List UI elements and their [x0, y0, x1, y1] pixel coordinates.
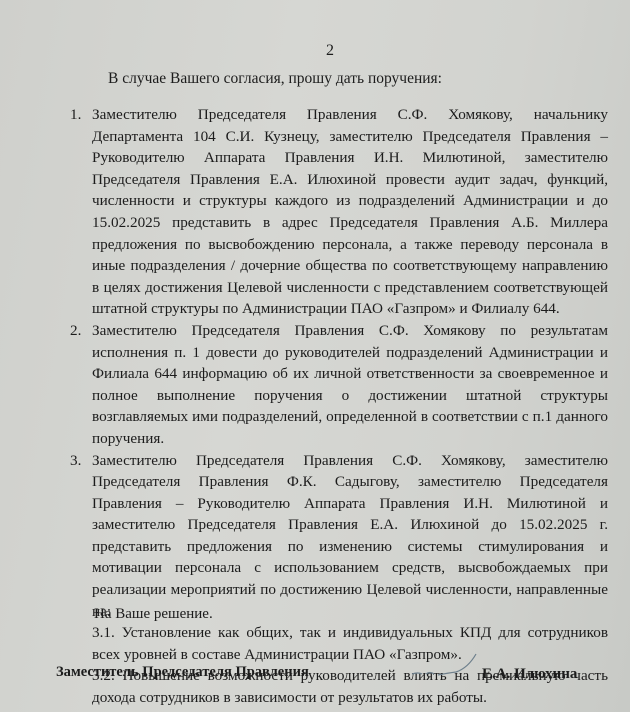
- signatory-name: Е.А. Илюхина: [482, 666, 577, 683]
- item-number: 1.: [70, 104, 92, 320]
- item-number: 2.: [70, 320, 92, 450]
- subitem: 3.1. Установление как общих, так и индив…: [92, 622, 608, 665]
- list-item: 2. Заместителю Председателя Правления С.…: [70, 320, 608, 450]
- signatory-title: Заместитель Председателя Правления: [56, 664, 309, 681]
- intro-text: В случае Вашего согласия, прошу дать пор…: [108, 70, 442, 88]
- closing-text: На Ваше решение.: [94, 606, 213, 623]
- document-page: 2 В случае Вашего согласия, прошу дать п…: [0, 0, 630, 712]
- page-number: 2: [0, 42, 630, 60]
- item-text: Заместителю Председателя Правления С.Ф. …: [92, 104, 608, 320]
- item-text: Заместителю Председателя Правления С.Ф. …: [92, 450, 608, 623]
- list-item: 1. Заместителю Председателя Правления С.…: [70, 104, 608, 320]
- item-text: Заместителю Председателя Правления С.Ф. …: [92, 320, 608, 450]
